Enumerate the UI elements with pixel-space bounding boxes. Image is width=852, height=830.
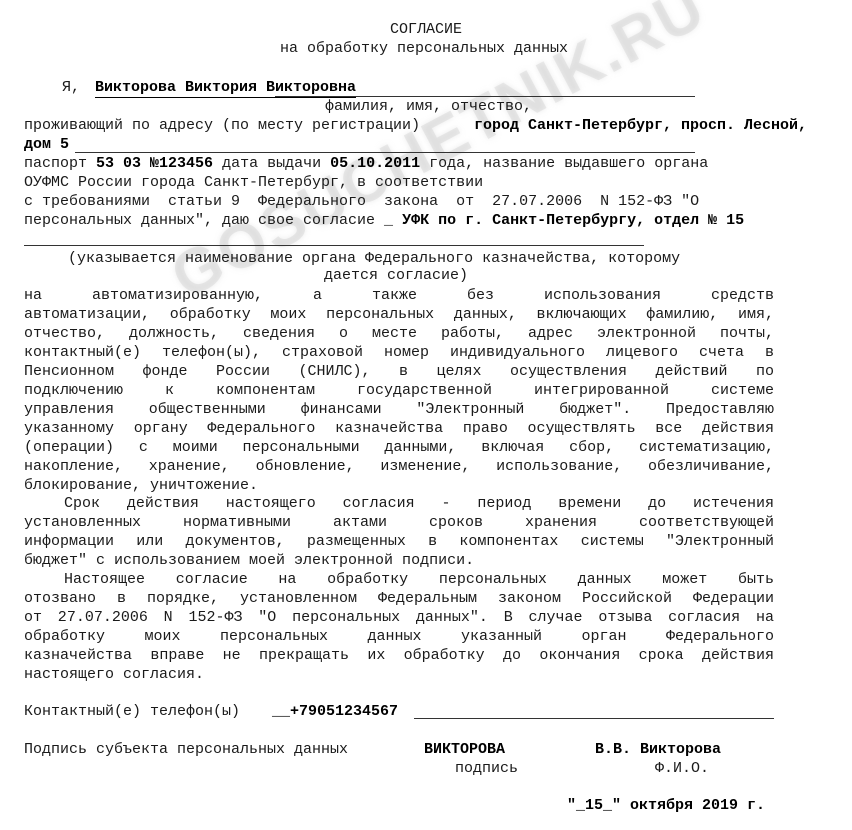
address-value-cont: дом 5 (24, 135, 69, 154)
address-label: проживающий по адресу (по месту регистра… (24, 116, 420, 135)
consent-prefix: персональных данных", даю свое согласие … (24, 212, 393, 229)
paragraph-line: обработку моих персональных данных указа… (24, 627, 774, 646)
organ-underline (24, 245, 644, 246)
paragraph-line: подключению к компонентам государственно… (24, 381, 774, 400)
document-date: "_15_" октября 2019 г. (567, 796, 765, 815)
fio-caption: Ф.И.О. (655, 759, 709, 778)
paragraph-line: накопление, хранение, обновление, измене… (24, 457, 774, 476)
paragraph-line: отчество, должность, сведения о месте ра… (24, 324, 774, 343)
law-line: с требованиями статьи 9 Федерального зак… (24, 192, 699, 211)
i-prefix: Я, (62, 78, 80, 97)
paragraph-line: на автоматизированную, а также без испол… (24, 286, 774, 305)
full-name-field: Викторова Виктория Викторовна (95, 78, 356, 98)
organ-name: УФК по г. Санкт-Петербургу, отдел № 15 (402, 212, 744, 229)
issuer-label: года, название выдавшего органа (429, 155, 708, 172)
signature-caption: подпись (455, 759, 518, 778)
paragraph-line: Настоящее согласие на обработку персонал… (24, 570, 774, 589)
paragraph-line-last: настоящего согласия. (24, 665, 204, 684)
paragraph-line-last: бюджет" с использованием моей электронно… (24, 551, 474, 570)
phone-number: +79051234567 (290, 703, 398, 720)
consent-line: персональных данных", даю свое согласие … (24, 211, 744, 230)
passport-label: паспорт (24, 155, 87, 172)
issue-date: 05.10.2011 (330, 155, 420, 172)
paragraph-line: Пенсионном фонде России (СНИЛС), в целях… (24, 362, 774, 381)
paragraph-line: казначейства вправе не прекращать их обр… (24, 646, 774, 665)
issuer: ОУФМС России города Санкт-Петербург, в с… (24, 173, 483, 192)
paragraph-line-last: блокирование, уничтожение. (24, 476, 258, 495)
paragraph-line: (операции) с моими персональными данными… (24, 438, 774, 457)
paragraph-line: отозвано в порядке, установленном Федера… (24, 589, 774, 608)
passport-number: 53 03 №123456 (96, 155, 213, 172)
passport-line: паспорт 53 03 №123456 дата выдачи 05.10.… (24, 154, 708, 173)
paragraph-line: информации или документов, размещенных в… (24, 532, 774, 551)
address-value: город Санкт-Петербург, просп. Лесной, (474, 116, 807, 135)
full-name-caption: фамилия, имя, отчество, (325, 97, 532, 116)
organ-caption-2: дается согласие) (324, 266, 468, 285)
document-title: СОГЛАСИЕ (0, 20, 852, 39)
paragraph-line: автоматизации, обработку моих персональн… (24, 305, 774, 324)
address-underline (75, 152, 695, 153)
document-subtitle: на обработку персональных данных (0, 39, 850, 58)
issue-date-label: дата выдачи (222, 155, 321, 172)
paragraph-line: Срок действия настоящего согласия - пери… (24, 494, 774, 513)
signature-label: Подпись субъекта персональных данных (24, 740, 348, 759)
paragraph-line: управления общественными финансами "Элек… (24, 400, 774, 419)
signature-value: ВИКТОРОВА (424, 740, 505, 759)
paragraph-line: указанному органу Федерального казначейс… (24, 419, 774, 438)
paragraph-line: установленных нормативными актами сроков… (24, 513, 774, 532)
phone-underline (414, 718, 774, 719)
paragraph-line: от 27.07.2006 N 152-ФЗ "О персональных д… (24, 608, 774, 627)
paragraph-line: контактный(е) телефон(ы), страховой номе… (24, 343, 774, 362)
fio-value: В.В. Викторова (595, 740, 721, 759)
phone-prefix: __ (272, 703, 290, 720)
phone-label: Контактный(е) телефон(ы) (24, 702, 240, 721)
phone-field: __+79051234567 (272, 702, 398, 721)
